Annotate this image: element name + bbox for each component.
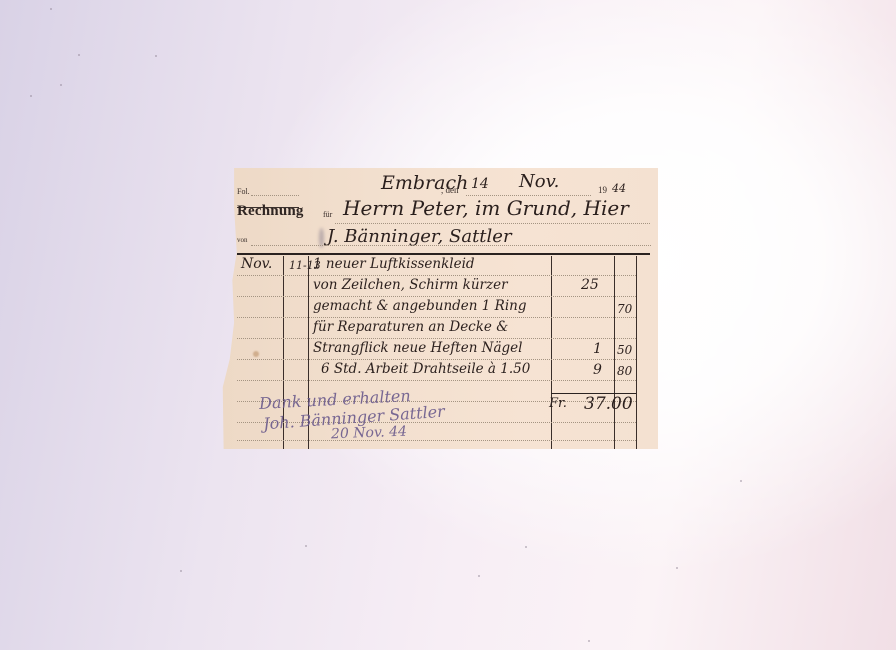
dust-speck: [155, 55, 157, 57]
line-item-description: 1 neuer Luftkissenkleid: [313, 256, 475, 272]
line-item-francs: 9: [593, 362, 602, 378]
total-amount: 37.00: [584, 394, 633, 414]
column-divider: [614, 256, 615, 449]
receipt-date: 20 Nov. 44: [331, 424, 407, 443]
line-item-francs: 1: [593, 341, 602, 357]
line-item-description: gemacht & angebunden 1 Ring: [313, 298, 526, 314]
row-line: [237, 440, 636, 441]
dust-speck: [78, 54, 80, 56]
dust-speck: [525, 546, 527, 548]
dust-speck: [588, 640, 590, 642]
year-prefix: 19: [598, 185, 607, 195]
dust-speck: [180, 570, 182, 572]
line-item-rappen: 70: [617, 302, 632, 316]
customer-line: [335, 223, 650, 224]
customer-name: Herrn Peter, im Grund, Hier: [343, 196, 629, 220]
line-item-rappen: 50: [617, 343, 632, 357]
ledger-month: Nov.: [241, 256, 272, 272]
dust-speck: [60, 84, 62, 86]
row-line: [237, 359, 636, 360]
dust-speck: [740, 480, 742, 482]
column-divider: [636, 256, 637, 449]
column-divider: [551, 256, 552, 449]
line-item-description: von Zeilchen, Schirm kürzer: [313, 277, 508, 293]
dust-speck: [676, 567, 678, 569]
line-item-description: für Reparaturen an Decke &: [313, 319, 508, 335]
row-line: [237, 275, 636, 276]
row-line: [237, 296, 636, 297]
folio-line: [251, 195, 299, 196]
vendor-line: [251, 245, 651, 246]
invoice-paper: Fol. Embrach , den 14 Nov. 19 44 Rechnun…: [221, 168, 658, 449]
dust-speck: [50, 8, 52, 10]
from-label: von: [237, 236, 248, 244]
for-label: für: [323, 210, 332, 219]
header-rule: [237, 253, 650, 255]
dust-speck: [305, 545, 307, 547]
total-label: Fr.: [549, 396, 567, 411]
row-line: [237, 317, 636, 318]
line-item-description: 6 Std. Arbeit Drahtseile à 1.50: [321, 361, 530, 377]
paper-spot: [253, 351, 259, 357]
dust-speck: [478, 575, 480, 577]
line-item-rappen: 80: [617, 364, 632, 378]
line-item-francs: 25: [581, 277, 599, 293]
date-label: , den: [441, 185, 459, 195]
dust-speck: [30, 95, 32, 97]
date-day: 14: [471, 176, 489, 192]
invoice-title: Rechnung: [237, 203, 304, 220]
year-suffix: 44: [612, 182, 626, 195]
line-item-description: Strangflick neue Heften Nägel: [313, 340, 523, 356]
vendor-name: J. Bänninger, Sattler: [327, 226, 512, 247]
row-line: [237, 380, 636, 381]
date-month: Nov.: [519, 171, 559, 192]
row-line: [237, 338, 636, 339]
